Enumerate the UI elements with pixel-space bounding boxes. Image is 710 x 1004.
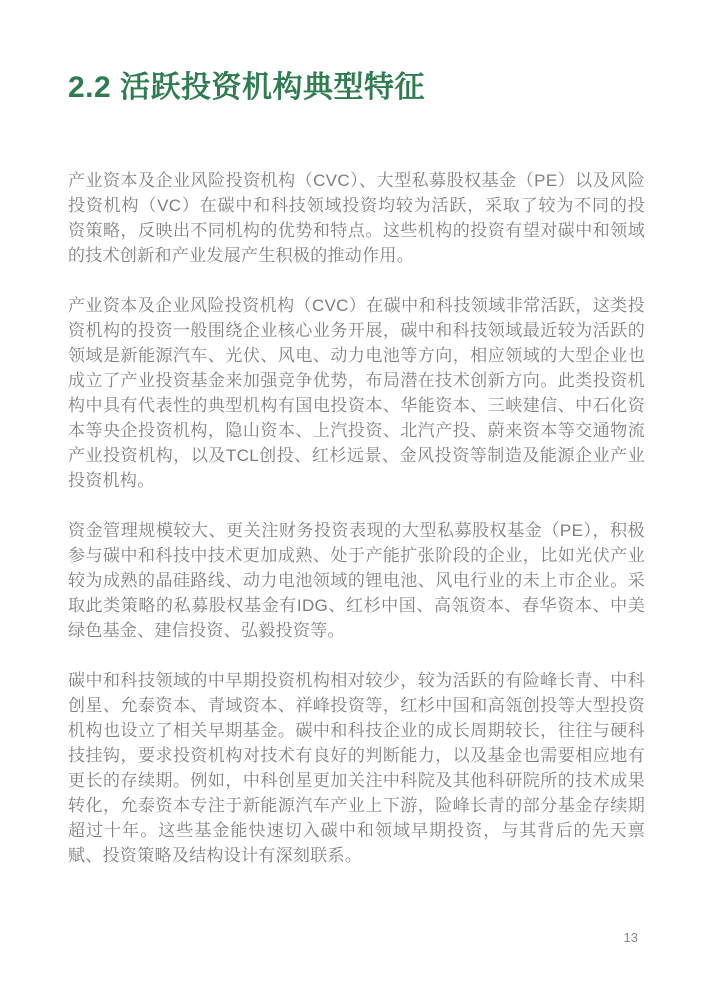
paragraph-overview: 产业资本及企业风险投资机构（CVC）、大型私募股权基金（PE）以及风险投资机构（… [68,168,645,268]
page-content: 2.2 活跃投资机构典型特征 产业资本及企业风险投资机构（CVC）、大型私募股权… [68,0,645,893]
section-title: 2.2 活跃投资机构典型特征 [68,70,645,106]
paragraph-pe: 资金管理规模较大、更关注财务投资表现的大型私募股权基金（PE），积极参与碳中和科… [68,518,645,643]
report-page: 2.2 活跃投资机构典型特征 产业资本及企业风险投资机构（CVC）、大型私募股权… [0,0,710,1004]
paragraph-early-stage: 碳中和科技领域的中早期投资机构相对较少，较为活跃的有险峰长青、中科创星、允泰资本… [68,668,645,868]
body-text: 产业资本及企业风险投资机构（CVC）、大型私募股权基金（PE）以及风险投资机构（… [68,168,645,868]
paragraph-cvc: 产业资本及企业风险投资机构（CVC）在碳中和科技领域非常活跃，这类投资机构的投资… [68,293,645,493]
page-number: 13 [624,929,638,947]
